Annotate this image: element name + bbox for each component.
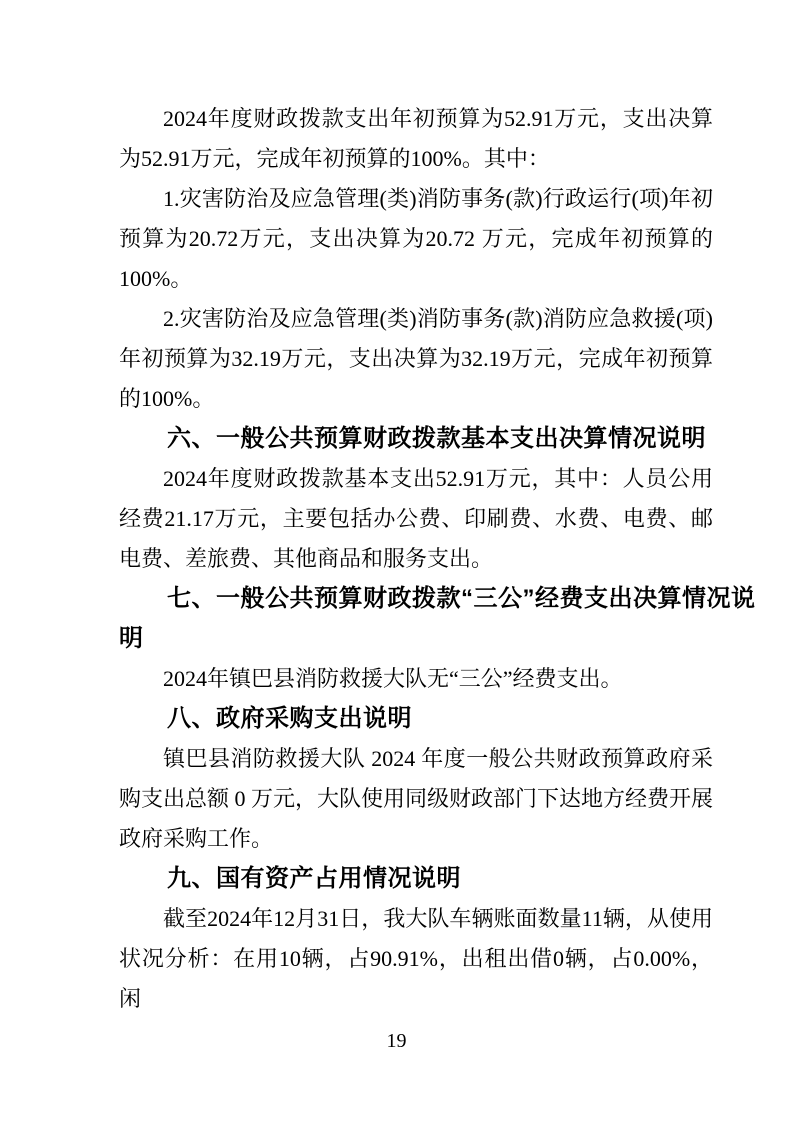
section-heading-nine-state-owned-assets: 九、国有资产占用情况说明 <box>119 859 713 899</box>
section-heading-seven-three-public-funds: 七、一般公共预算财政拨款“三公”经费支出决算情况说明 <box>119 579 779 659</box>
document-page: 2024年度财政拨款支出年初预算为52.91万元，支出决算为52.91万元，完成… <box>0 0 793 1122</box>
section-heading-eight-government-procurement: 八、政府采购支出说明 <box>119 699 713 739</box>
paragraph-basic-expenditure-detail: 2024年度财政拨款基本支出52.91万元，其中：人员公用经费21.17万元，主… <box>119 459 713 579</box>
paragraph-item-1-administrative-operation: 1.灾害防治及应急管理(类)消防事务(款)行政运行(项)年初预算为20.72万元… <box>119 179 713 299</box>
page-number: 19 <box>0 1026 793 1056</box>
paragraph-state-owned-assets-detail: 截至2024年12月31日，我大队车辆账面数量11辆，从使用状况分析：在用10辆… <box>119 899 713 1019</box>
document-body: 2024年度财政拨款支出年初预算为52.91万元，支出决算为52.91万元，完成… <box>119 99 713 1019</box>
paragraph-government-procurement-detail: 镇巴县消防救援大队 2024 年度一般公共财政预算政府采购支出总额 0 万元，大… <box>119 739 713 859</box>
paragraph-three-public-funds-detail: 2024年镇巴县消防救援大队无“三公”经费支出。 <box>119 659 713 699</box>
section-heading-six-basic-expenditure: 六、一般公共预算财政拨款基本支出决算情况说明 <box>119 419 713 459</box>
paragraph-budget-expenditure-summary: 2024年度财政拨款支出年初预算为52.91万元，支出决算为52.91万元，完成… <box>119 99 713 179</box>
paragraph-item-2-emergency-rescue: 2.灾害防治及应急管理(类)消防事务(款)消防应急救援(项)年初预算为32.19… <box>119 299 713 419</box>
